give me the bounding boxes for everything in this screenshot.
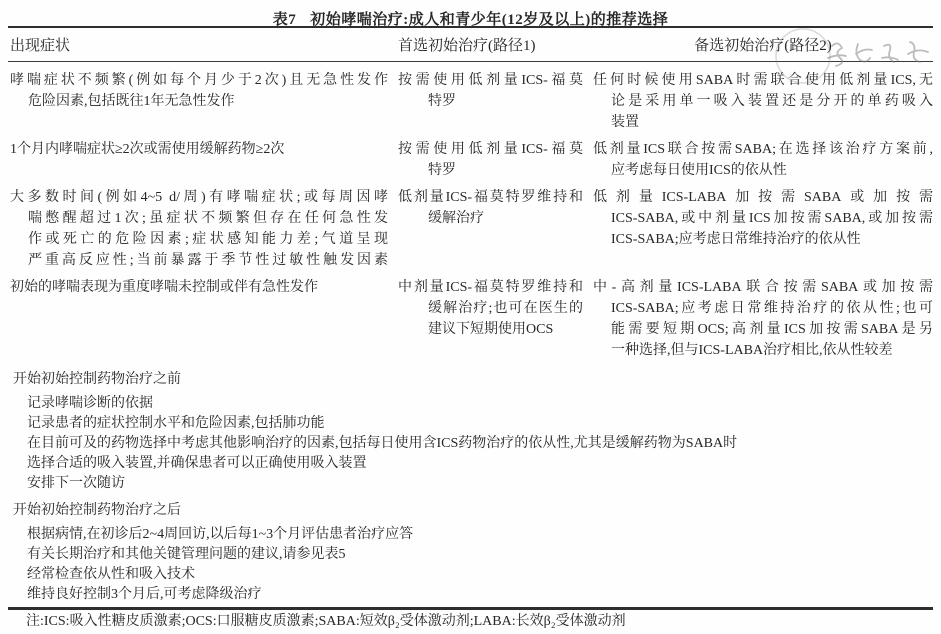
section-items: 记录哮喘诊断的依据 记录患者的症状控制水平和危险因素,包括肺功能 在目前可及的药… [8, 394, 933, 494]
cell-symptoms: 1个月内哮喘症状≥2次或需使用缓解药物≥2次 [8, 139, 398, 181]
cell-line: 按需使用低剂量ICS-福莫 [398, 70, 583, 91]
table-row: 初始的哮喘表现为重度哮喘未控制或伴有急性发作 中剂量ICS-福莫特罗维持和 缓解… [8, 277, 933, 361]
cell-line: 按需使用低剂量ICS-福莫 [398, 139, 583, 160]
cell-symptoms: 初始的哮喘表现为重度哮喘未控制或伴有急性发作 [8, 277, 398, 361]
list-item: 记录患者的症状控制水平和危险因素,包括肺功能 [8, 414, 933, 434]
cell-line: ICS-SABA;应考虑日常维持治疗的依从性;也可 [593, 298, 933, 319]
section-items: 根据病情,在初诊后2~4周回访,以后每1~3个月评估患者治疗应答 有关长期治疗和… [8, 525, 933, 605]
section-heading: 开始初始控制药物治疗之前 [8, 369, 933, 390]
cell-line: 能需要短期OCS;高剂量ICS加按需SABA是另 [593, 319, 933, 340]
list-item: 在目前可及的药物选择中考虑其他影响治疗的因素,包括每日使用含ICS药物治疗的依从… [8, 434, 933, 454]
cell-line: 1个月内哮喘症状≥2次或需使用缓解药物≥2次 [10, 139, 388, 160]
table-row: 大多数时间(例如4~5 d/周)有哮喘症状;或每周因哮 喘憋醒超过1次;虽症状不… [8, 187, 933, 271]
cell-line: 严重高反应性;当前暴露于季节性过敏性触发因素 [10, 250, 388, 271]
cell-line: ICS-SABA;应考虑日常维持治疗的依从性 [593, 229, 933, 250]
list-item: 选择合适的吸入装置,并确保患者可以正确使用吸入装置 [8, 454, 933, 474]
cell-preferred: 按需使用低剂量ICS-福莫 特罗 [398, 70, 593, 133]
cell-line: ICS-SABA,或中剂量ICS加按需SABA,或加按需 [593, 208, 933, 229]
list-item: 经常检查依从性和吸入技术 [8, 565, 933, 585]
cell-line: 一种选择,但与ICS-LABA治疗相比,依从性较差 [593, 340, 933, 361]
cell-preferred: 按需使用低剂量ICS-福莫 特罗 [398, 139, 593, 181]
cell-alternative: 低剂量ICS联合按需SABA;在选择该治疗方案前, 应考虑每日使用ICS的依从性 [593, 139, 933, 181]
list-item: 安排下一次随访 [8, 474, 933, 494]
cell-line: 哮喘症状不频繁(例如每个月少于2次)且无急性发作 [10, 70, 388, 91]
table-title-text: 初始哮喘治疗:成人和青少年(12岁及以上)的推荐选择 [310, 12, 668, 28]
table-header-row: 出现症状 首选初始治疗(路径1) 备选初始治疗(路径2) [8, 28, 933, 61]
cell-line: 危险因素,包括既往1年无急性发作 [10, 91, 388, 112]
cell-line: 特罗 [398, 160, 583, 181]
cell-line: 中剂量ICS-福莫特罗维持和 [398, 277, 583, 298]
column-header-preferred: 首选初始治疗(路径1) [398, 34, 593, 55]
cell-line: 任何时候使用SABA时需联合使用低剂量ICS,无 [593, 70, 933, 91]
table-bottom-rule [8, 607, 933, 610]
column-header-symptoms: 出现症状 [8, 34, 398, 55]
list-item: 根据病情,在初诊后2~4周回访,以后每1~3个月评估患者治疗应答 [8, 525, 933, 545]
cell-line: 建议下短期使用OCS [398, 319, 583, 340]
cell-line: 低剂量ICS联合按需SABA;在选择该治疗方案前, [593, 139, 933, 160]
cell-alternative: 中-高剂量ICS-LABA联合按需SABA或加按需 ICS-SABA;应考虑日常… [593, 277, 933, 361]
table-title: 表7初始哮喘治疗:成人和青少年(12岁及以上)的推荐选择 [8, 0, 933, 24]
cell-alternative: 低剂量ICS-LABA加按需SABA或加按需 ICS-SABA,或中剂量ICS加… [593, 187, 933, 271]
table-footnote: 注:ICS:吸入性糖皮质激素;OCS:口服糖皮质激素;SABA:短效β₂受体激动… [8, 614, 933, 630]
list-item: 记录哮喘诊断的依据 [8, 394, 933, 414]
cell-symptoms: 大多数时间(例如4~5 d/周)有哮喘症状;或每周因哮 喘憋醒超过1次;虽症状不… [8, 187, 398, 271]
table-row: 1个月内哮喘症状≥2次或需使用缓解药物≥2次 按需使用低剂量ICS-福莫 特罗 … [8, 139, 933, 181]
list-item: 维持良好控制3个月后,可考虑降级治疗 [8, 585, 933, 605]
column-header-alternative: 备选初始治疗(路径2) [593, 34, 933, 55]
section-heading: 开始初始控制药物治疗之后 [8, 500, 933, 521]
cell-preferred: 低剂量ICS-福莫特罗维持和 缓解治疗 [398, 187, 593, 271]
cell-line: 应考虑每日使用ICS的依从性 [593, 160, 933, 181]
cell-line: 大多数时间(例如4~5 d/周)有哮喘症状;或每周因哮 [10, 187, 388, 208]
cell-line: 装置 [593, 112, 933, 133]
cell-line: 中-高剂量ICS-LABA联合按需SABA或加按需 [593, 277, 933, 298]
cell-line: 低剂量ICS-福莫特罗维持和 [398, 187, 583, 208]
cell-line: 初始的哮喘表现为重度哮喘未控制或伴有急性发作 [10, 277, 388, 298]
section-before-treatment: 开始初始控制药物治疗之前 记录哮喘诊断的依据 记录患者的症状控制水平和危险因素,… [8, 369, 933, 494]
cell-preferred: 中剂量ICS-福莫特罗维持和 缓解治疗;也可在医生的 建议下短期使用OCS [398, 277, 593, 361]
cell-line: 喘憋醒超过1次;虽症状不频繁但存在任何急性发 [10, 208, 388, 229]
document-page: 表7初始哮喘治疗:成人和青少年(12岁及以上)的推荐选择 出现症状 首选初始治疗… [0, 0, 941, 634]
table-number: 表7 [273, 12, 297, 28]
cell-line: 特罗 [398, 91, 583, 112]
cell-line: 作或死亡的危险因素;症状感知能力差;气道呈现 [10, 229, 388, 250]
cell-alternative: 任何时候使用SABA时需联合使用低剂量ICS,无 论是采用单一吸入装置还是分开的… [593, 70, 933, 133]
header-bottom-rule [8, 61, 933, 62]
section-after-treatment: 开始初始控制药物治疗之后 根据病情,在初诊后2~4周回访,以后每1~3个月评估患… [8, 500, 933, 605]
cell-symptoms: 哮喘症状不频繁(例如每个月少于2次)且无急性发作 危险因素,包括既往1年无急性发… [8, 70, 398, 133]
list-item: 有关长期治疗和其他关键管理问题的建议,请参见表5 [8, 545, 933, 565]
table-row: 哮喘症状不频繁(例如每个月少于2次)且无急性发作 危险因素,包括既往1年无急性发… [8, 70, 933, 133]
cell-line: 缓解治疗 [398, 208, 583, 229]
cell-line: 缓解治疗;也可在医生的 [398, 298, 583, 319]
cell-line: 论是采用单一吸入装置还是分开的单药吸入 [593, 91, 933, 112]
cell-line: 低剂量ICS-LABA加按需SABA或加按需 [593, 187, 933, 208]
